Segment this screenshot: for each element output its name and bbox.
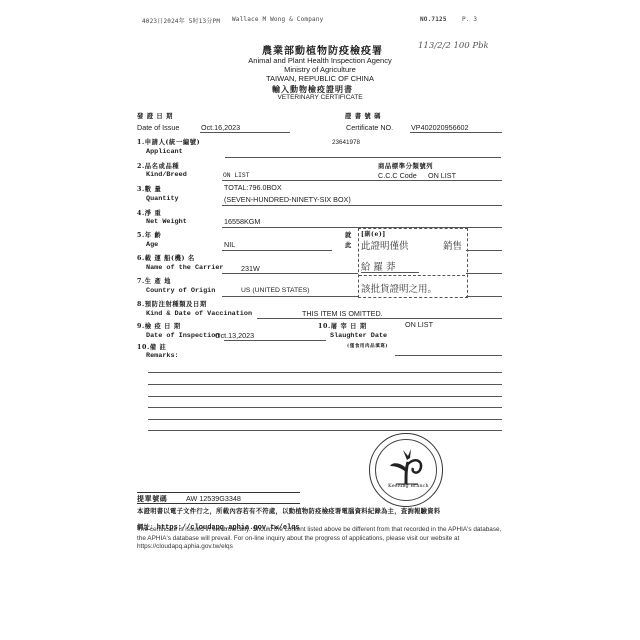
stamp-line-2: 給 羅 莽	[361, 259, 396, 273]
inspection-label-zh: 9.檢 疫 日 期	[137, 321, 181, 330]
ccc-value: ON LIST	[428, 171, 456, 180]
slaughter-label-zh: 10.屠 宰 日 期	[318, 321, 367, 330]
certificate-title-en: VETERINARY CERTIFICATE	[170, 93, 470, 102]
remarks-label-zh: 10.備 註	[137, 342, 166, 351]
ministry-name: Ministry of Agriculture	[170, 65, 470, 74]
carrier-label-zh: 6.載 運 船(機) 名	[137, 253, 195, 262]
kind-label: Kind/Breed	[146, 171, 187, 179]
inspection-label: Date of Inspection	[146, 332, 219, 340]
kind-label-zh: 2.品名或品種	[137, 161, 179, 170]
vaccination-value: THIS ITEM IS OMITTED.	[302, 309, 383, 318]
kind-value: ON LIST	[223, 172, 249, 179]
net-weight-value: 16558KGM	[224, 217, 260, 226]
inspection-value: Oct.13,2023	[215, 331, 254, 340]
stamp-line-3: 該批貨證明之用。	[361, 281, 437, 295]
stamp-line-1: 此證明僅供	[361, 238, 409, 252]
handwritten-note: 113/2/2 100 Pbk	[418, 41, 489, 51]
stamp-prefix-a: 就	[345, 230, 352, 239]
vaccination-label-zh: 8.預防注射種類及日期	[137, 299, 207, 308]
quantity-value: TOTAL:796.0BOX	[224, 183, 282, 192]
footer-notice-en: The certificate is issued in electronica…	[137, 526, 502, 552]
net-weight-label: Net Weight	[146, 218, 187, 226]
origin-label-zh: 7.生 產 地	[137, 276, 171, 285]
slaughter-value: ON LIST	[405, 320, 433, 329]
fax-number: NO.7125	[420, 16, 447, 23]
quantity-label-zh: 3.數 量	[137, 184, 161, 193]
applicant-label-zh: 1.申請人(統一編號)	[137, 137, 200, 146]
age-label: Age	[146, 241, 158, 249]
seal-branch: Keelung Branch	[388, 483, 429, 489]
official-seal: Keelung Branch	[369, 433, 443, 507]
stamp-tag: [副(e)]	[361, 229, 386, 238]
quantity-value-words: (SEVEN-HUNDRED-NINETY-SIX BOX)	[224, 195, 351, 204]
country-name: TAIWAN, REPUBLIC OF CHINA	[170, 74, 470, 83]
applicant-label: Applicant	[146, 148, 183, 156]
stamp-prefix-b: 此	[345, 240, 352, 249]
issue-date-label: Date of Issue	[137, 123, 179, 132]
slaughter-note: (僅食用肉品填寫)	[347, 343, 388, 349]
agency-name-zh: 農業部動植物防疫檢疫署	[262, 42, 383, 57]
agency-name-en: Animal and Plant Health Inspection Agenc…	[170, 56, 470, 65]
certificate-no-value: VP402020956602	[411, 123, 469, 132]
age-value: NIL	[224, 240, 235, 249]
carrier-value: 231W	[241, 264, 260, 273]
certificate-no-label: Certificate NO.	[346, 123, 393, 132]
certificate-no-label-zh: 證 書 號 碼	[345, 111, 381, 120]
bill-value: AW 12539G3348	[186, 494, 241, 503]
slaughter-label: Slaughter Date	[330, 332, 387, 340]
plant-emblem-icon	[370, 434, 442, 506]
remarks-label: Remarks:	[146, 352, 179, 360]
stamp-line-1-suffix: 銷售	[443, 238, 462, 252]
age-label-zh: 5.年 齡	[137, 230, 161, 239]
ccc-label: C.C.C Code	[378, 171, 417, 180]
vaccination-label: Kind & Date of Vaccination	[146, 310, 252, 318]
ccc-label-zh: 商品標準分類號列	[378, 161, 433, 170]
fax-datetime: 4023日2024年 5时13分PM	[142, 16, 220, 25]
origin-value: US (UNITED STATES)	[241, 287, 309, 294]
applicant-value: 23641978	[332, 139, 360, 146]
fax-page: P. 3	[462, 16, 477, 23]
fax-sender: Wallace M Wong & Company	[232, 16, 324, 23]
origin-label: Country of Origin	[146, 287, 215, 295]
usage-restriction-stamp: [副(e)] 此證明僅供 銷售 給 羅 莽 該批貨證明之用。	[358, 228, 468, 298]
footer-notice-zh: 本證明書以電子文件行之，所載內容若有不符處，以動植物防疫檢疫署電腦資料紀錄為主，…	[137, 506, 440, 515]
issue-date-value: Oct.16,2023	[201, 123, 240, 132]
issue-date-label-zh: 發 證 日 期	[137, 111, 173, 120]
quantity-label: Quantity	[146, 195, 179, 203]
carrier-label: Name of the Carrier	[146, 264, 224, 272]
net-weight-label-zh: 4.淨 重	[137, 208, 161, 217]
